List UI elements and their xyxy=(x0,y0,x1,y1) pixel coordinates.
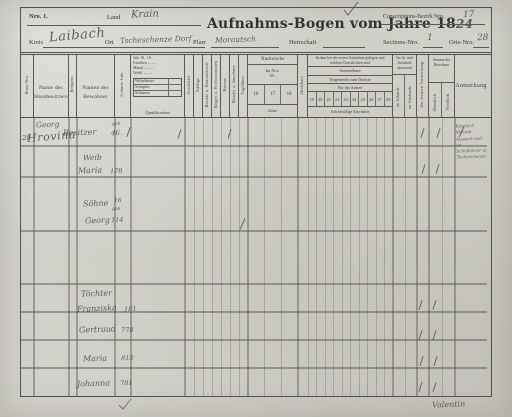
entry-row8-name: Johanna xyxy=(77,378,110,388)
pen-checkmark-bottom xyxy=(118,399,132,411)
age-col: 24 xyxy=(351,92,360,106)
kreis-value: Laibach xyxy=(48,26,106,46)
orts-value: 28 xyxy=(477,33,489,43)
entry-row3-small: geb. xyxy=(112,207,122,212)
entry-row3-number: 114 xyxy=(111,216,124,224)
anmerkung-label: Anmerkung xyxy=(455,55,487,117)
ort-label: Ort xyxy=(105,39,114,46)
age-col: 27 xyxy=(376,92,385,106)
column-header-class-6: Häusler u. Inwohner xyxy=(230,55,239,117)
main-side-label: Streitbare xyxy=(300,55,304,115)
rule-ort xyxy=(117,47,205,48)
nachwuchs-mid2: 18.. xyxy=(248,73,297,78)
class-label: Häusler u. Inwohner xyxy=(232,55,236,115)
gebjahr-label: Geburts-Jahr xyxy=(120,55,124,115)
entry-row2-name: Maria xyxy=(78,166,102,176)
inout-cols: im Inlande im Auslande xyxy=(393,75,416,117)
orts-label: Orts-Nro. xyxy=(449,39,474,46)
class-label: Bürger u. Professionisten xyxy=(214,55,218,115)
class-label: Bauern xyxy=(223,55,227,115)
entry-row3-age: 16 xyxy=(114,197,122,204)
hausnr-label: Haus-Nro. xyxy=(25,55,29,115)
main-band-armee: Für die Armee xyxy=(308,84,392,92)
column-header-inout: Im In- und Auslande abwesend im Inlande … xyxy=(393,55,417,117)
age-col: 22 xyxy=(334,92,343,106)
vormerkung-label: Zur fernern Vormerkung xyxy=(420,55,424,115)
form-number: Nro. 1. xyxy=(29,13,48,20)
column-header-class-2: Adelige xyxy=(194,55,203,117)
qual-box-row: Scheunen xyxy=(134,91,181,96)
sections-label: Sections-Nro. xyxy=(383,39,419,46)
entry-row1-small: geb. xyxy=(112,122,122,127)
table-body: 28 Georg Hrovina Besitzer geb. 46. Besit… xyxy=(21,118,491,396)
summe-cols: Männlich Weiblich xyxy=(429,83,454,117)
rule-land xyxy=(125,25,201,26)
year-18: 18 xyxy=(281,85,297,104)
entry-row7-number: 813 xyxy=(121,354,134,362)
main-band-vorgemerkt: Vorgemerkt zum Dienste xyxy=(308,76,392,84)
column-header-hausnr: Haus-Nro. xyxy=(21,55,34,117)
summe-weiblich-label: Weiblich xyxy=(446,84,450,117)
class-label: Adelige xyxy=(196,55,200,115)
nachwuchs-years: 16 17 18 xyxy=(248,85,297,104)
scanned-census-document: Nro. 1. Land Krain Aufnahms-Bogen vom Ja… xyxy=(0,0,512,417)
conscription-label: Conscriptions-Bezirk Nro. xyxy=(383,14,445,20)
column-header-class-1: Geistliche xyxy=(185,55,194,117)
entry-row8-number: 781 xyxy=(120,379,133,387)
form-frame: Nro. 1. Land Krain Aufnahms-Bogen vom Ja… xyxy=(20,7,492,397)
land-label: Land xyxy=(107,14,120,21)
table-header: Haus-Nro. Name des Hausbesitzers Religio… xyxy=(21,55,491,118)
column-header-main-group: Streitbare In dem bei der ersten Aufnahm… xyxy=(298,55,393,117)
ort-value: Tscheschenze Dorf xyxy=(120,34,192,45)
class-label: Beamte u. Honoratioren xyxy=(205,55,209,115)
inout-title: Im In- und Auslande abwesend xyxy=(393,55,416,75)
column-header-gebjahr: Geburts-Jahr xyxy=(115,55,131,117)
religion-label: Religion xyxy=(70,55,74,115)
entry-row3-label: Söhne xyxy=(83,199,109,209)
entry-row1-number: 46. xyxy=(111,129,122,137)
conscription-value: 17 xyxy=(463,10,475,20)
entry-row5-name: Franziska xyxy=(77,303,117,313)
column-header-bewohner: Namen der Bewohner xyxy=(77,55,115,117)
pfarr-value: Morautsch xyxy=(215,34,256,44)
column-header-class-3: Beamte u. Honoratioren xyxy=(203,55,212,117)
summe-title: Summe der Bewohner xyxy=(429,55,454,83)
qual-row-weiblich: Weibl. — — xyxy=(133,71,182,76)
qual-houses-box: Wohnhäuser Schupfen Scheunen xyxy=(133,78,182,97)
entry-row7-name: Maria xyxy=(83,354,107,364)
ausland-label: im Auslande xyxy=(408,76,412,117)
entry-row6-number: 778 xyxy=(121,326,134,334)
entry-row1-role: Besitzer xyxy=(63,127,97,137)
entry-remark-note: Besitzt 8 Metzen Aussaat und ist Schulle… xyxy=(455,122,488,161)
herrschaft-label: Herrschaft xyxy=(289,39,316,46)
age-col: 28 xyxy=(385,92,393,106)
nachwuchs-bottom: Jahre xyxy=(248,104,297,117)
column-header-class-4: Bürger u. Professionisten xyxy=(212,55,221,117)
sections-value: 1 xyxy=(427,33,433,43)
main-side-col: Streitbare xyxy=(298,55,308,117)
year-17: 17 xyxy=(265,85,282,104)
note-line: Tscheschenze. xyxy=(456,154,488,161)
column-header-qualification: Jahr 18.. 18.. Familien — — Männl. — — W… xyxy=(131,55,185,117)
rule-conscription xyxy=(381,24,485,25)
owner-label: Name des Hausbesitzers xyxy=(34,55,68,117)
entry-row5-number: 181 xyxy=(124,305,137,313)
age-col: 25 xyxy=(359,92,368,106)
column-header-class-7: Taglöhner xyxy=(239,55,248,117)
age-col: 21 xyxy=(325,92,334,106)
rule-orts xyxy=(473,47,489,48)
entry-row5-label: Töchter xyxy=(81,288,112,298)
column-header-class-5: Bauern xyxy=(221,55,230,117)
nachwuchs-title: Nachwuchs xyxy=(248,55,297,65)
main-title: In dem bei der ersten Aufnahme gültigen … xyxy=(308,55,392,67)
column-header-summe: Summe der Bewohner Männlich Weiblich xyxy=(429,55,455,117)
pfarr-label: Pfarr xyxy=(193,39,206,46)
census-table: Haus-Nro. Name des Hausbesitzers Religio… xyxy=(21,55,491,396)
main-band-anwendbare: Anwendbare xyxy=(308,67,392,75)
column-header-owner: Name des Hausbesitzers xyxy=(34,55,69,117)
land-value: Krain xyxy=(131,9,159,21)
class-label: Taglöhner xyxy=(241,55,245,115)
signature: Valentin xyxy=(432,399,465,409)
entry-owner-firstname: Georg xyxy=(36,120,60,130)
entry-row6-name: Gertraud xyxy=(79,324,116,334)
rule-pfarr xyxy=(211,47,279,48)
bewohner-label: Namen der Bewohner xyxy=(77,55,114,117)
rule-sections xyxy=(423,47,443,48)
age-col: 19 xyxy=(308,92,317,106)
entry-row2-label: Weib xyxy=(83,153,102,163)
column-header-religion: Religion xyxy=(69,55,77,117)
class-label: Geistliche xyxy=(187,55,191,115)
entry-row3-name: Georg xyxy=(85,216,110,226)
kreis-label: Kreis xyxy=(29,39,43,46)
rule-herrschaft xyxy=(323,47,365,48)
column-header-vormerkung: Zur fernern Vormerkung xyxy=(417,55,429,117)
age-col: 26 xyxy=(368,92,377,106)
summe-maennlich-label: Männlich xyxy=(433,84,437,117)
rule-nr xyxy=(27,25,129,26)
inland-label: im Inlande xyxy=(396,76,400,117)
nachwuchs-mid: Im Nov. 18.. xyxy=(248,65,297,85)
column-header-nachwuchs: Nachwuchs Im Nov. 18.. 16 17 18 Jahre xyxy=(248,55,298,117)
age-col: 20 xyxy=(317,92,326,106)
main-age-columns: 19 20 21 22 23 24 25 26 27 28 xyxy=(308,92,392,106)
entry-row2-number: 178 xyxy=(110,167,123,175)
age-col: 23 xyxy=(342,92,351,106)
main-bottom-label: Schriftmäßige Abschnitte xyxy=(308,106,392,117)
form-header: Nro. 1. Land Krain Aufnahms-Bogen vom Ja… xyxy=(21,8,491,55)
form-footer: Valentin xyxy=(20,398,490,416)
year-16: 16 xyxy=(248,85,265,104)
note-line: Aussaat und ist xyxy=(456,135,488,149)
column-header-anmerkung: Anmerkung xyxy=(455,55,487,117)
qual-caption: Qualification xyxy=(133,110,182,116)
